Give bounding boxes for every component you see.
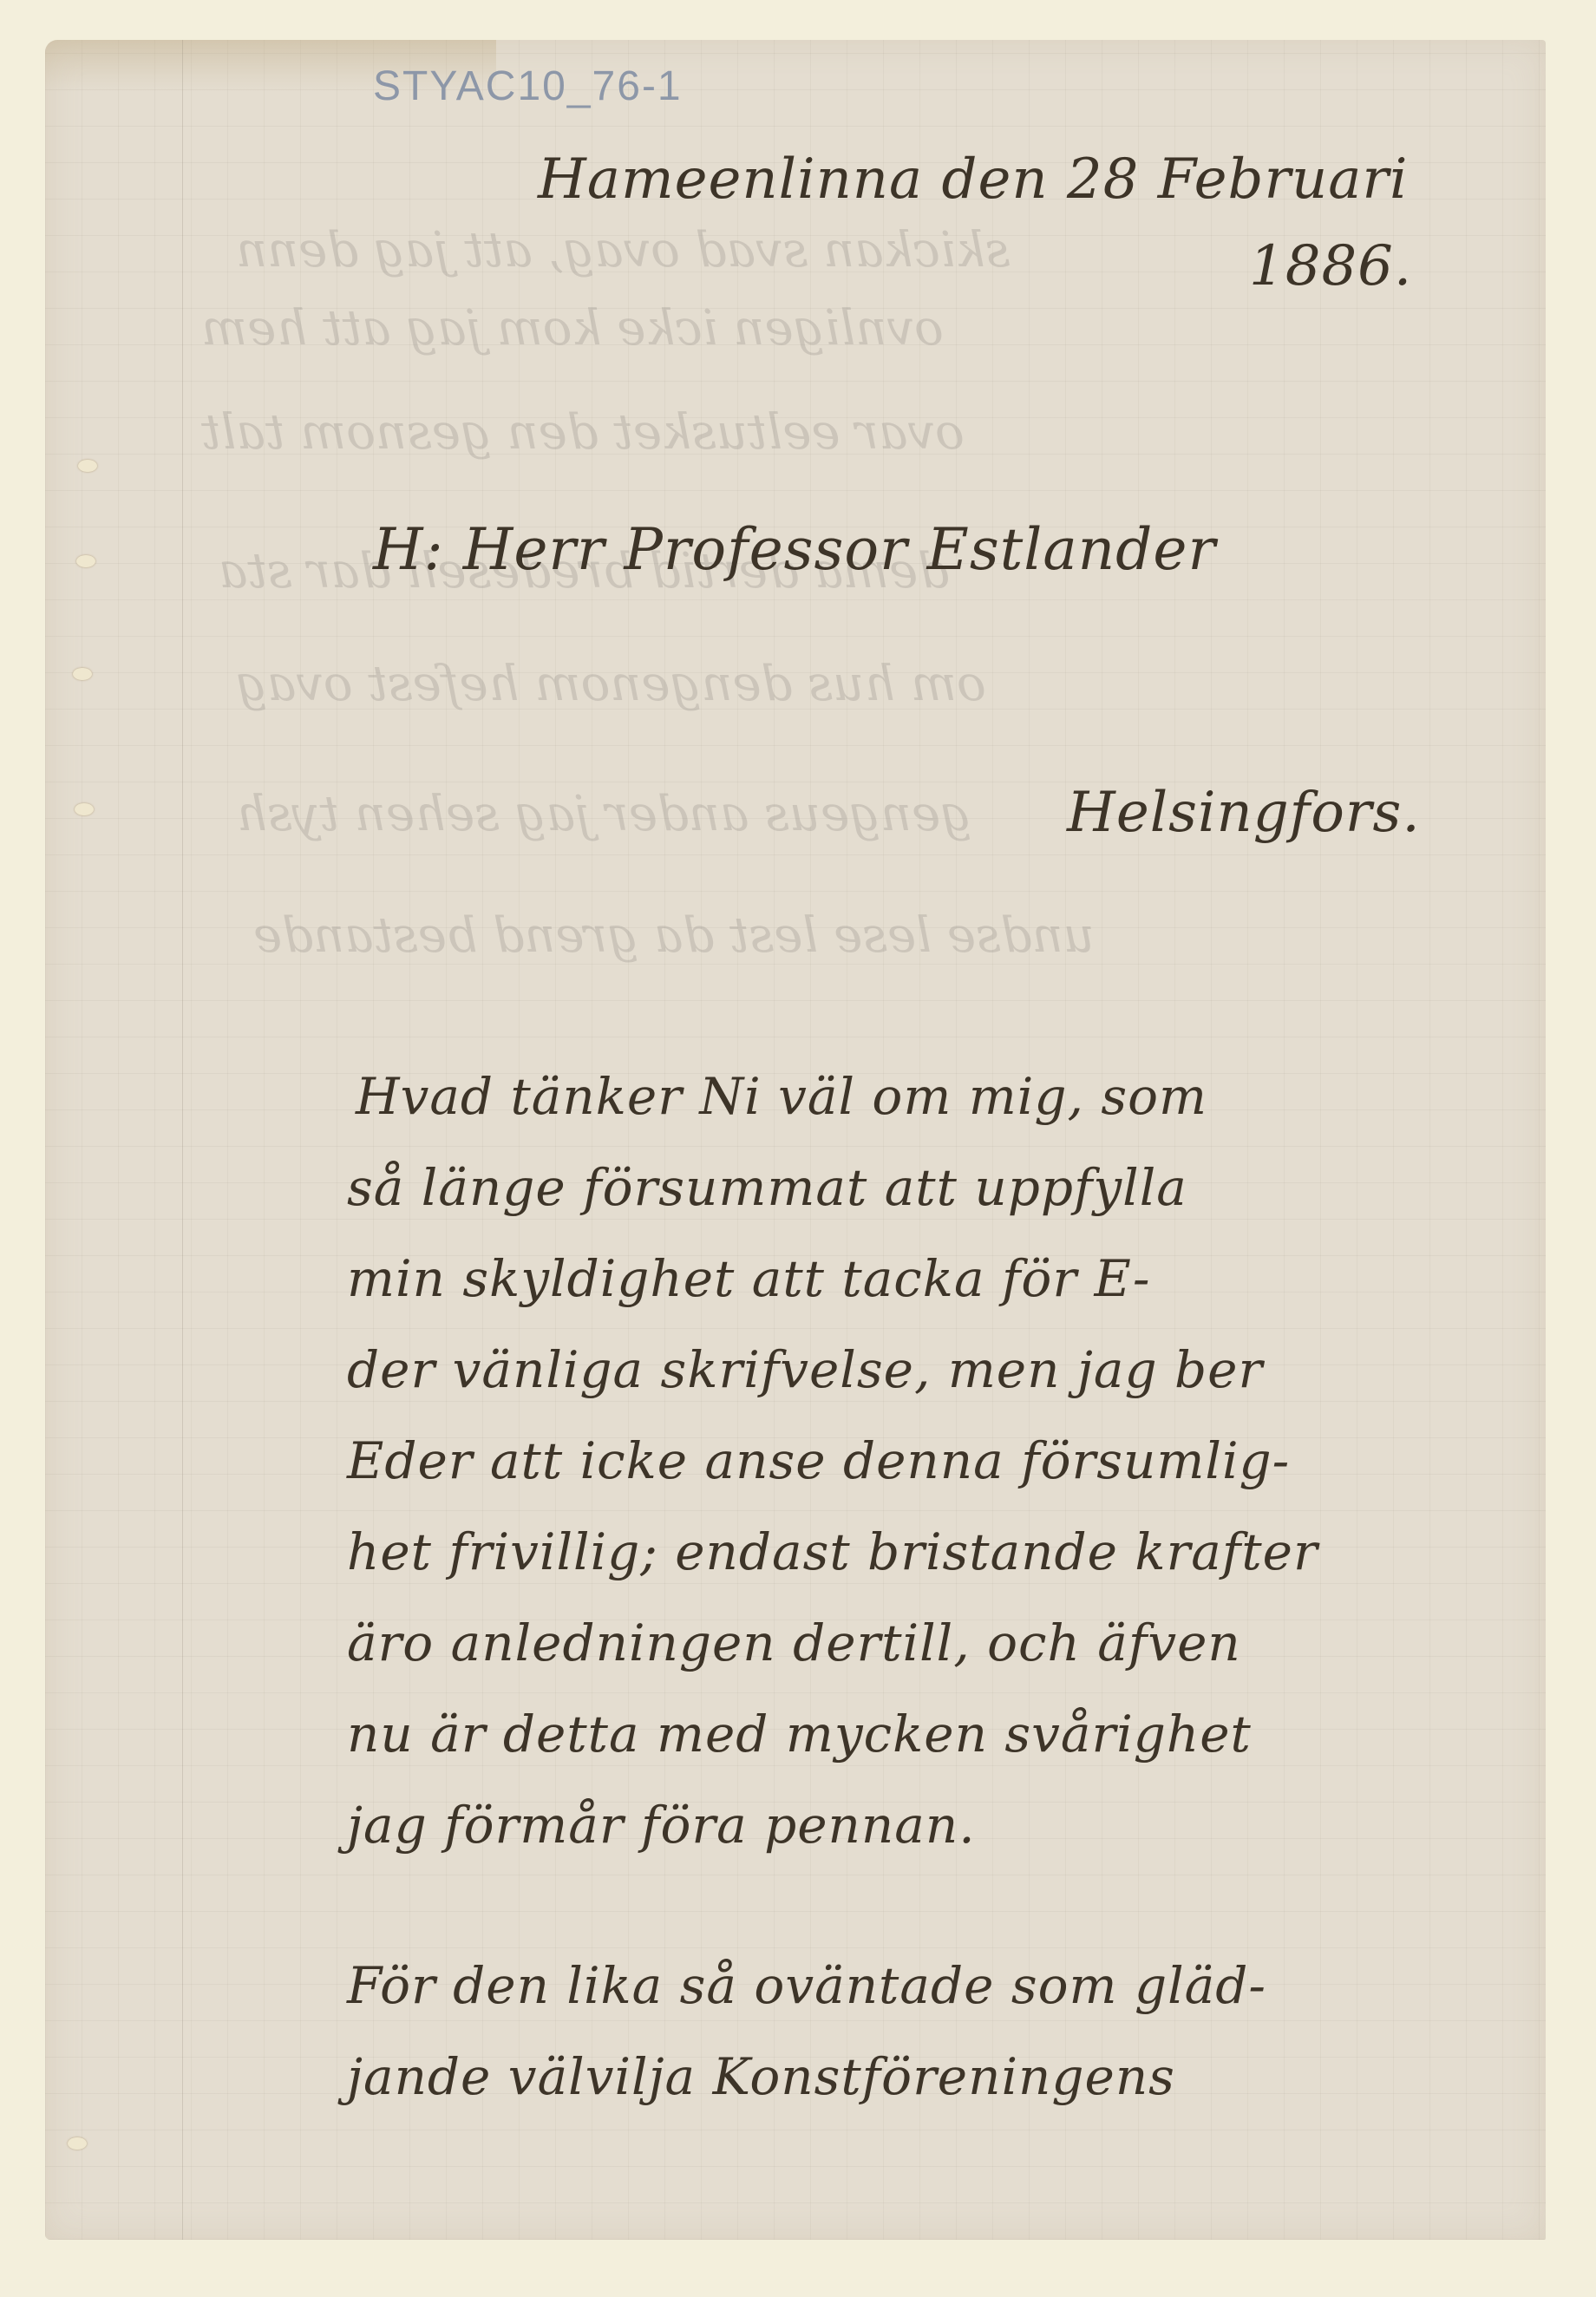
body-line: Eder att icke anse denna försumlig- xyxy=(347,1431,1290,1490)
salutation: H: Herr Professor Estlander xyxy=(373,516,1216,583)
body-line: äro anledningen dertill, och äfven xyxy=(347,1613,1241,1672)
body-line: Hvad tänker Ni väl om mig, som xyxy=(356,1067,1207,1126)
body-line: så länge försummat att uppfylla xyxy=(347,1158,1187,1217)
show-through-text: om hus dengenom hefest ovag xyxy=(236,656,986,712)
destination: Helsingfors. xyxy=(1067,781,1421,845)
show-through-text: ovar eeltusket den gesnom talt xyxy=(201,404,965,461)
paper-fold-line xyxy=(182,40,183,2240)
place-date: Hameenlinna den 28 Februari xyxy=(538,147,1408,212)
body-line: jande välvilja Konstföreningens xyxy=(347,2047,1175,2106)
punch-hole xyxy=(68,2137,87,2150)
punch-hole xyxy=(78,460,97,472)
body-line: För den lika så oväntade som gläd- xyxy=(347,1956,1266,2015)
body-line: der vänliga skrifvelse, men jag ber xyxy=(347,1340,1263,1399)
show-through-text: gengeus ander jag sehen tysh xyxy=(236,786,971,842)
show-through-text: undse lese lest da grend bestande xyxy=(253,907,1095,964)
archive-id: STYAC10_76-1 xyxy=(373,62,683,110)
body-line: nu är detta med mycken svårighet xyxy=(347,1705,1252,1764)
letter-paper: skickan svad ovag, att jag denn ovnligen… xyxy=(45,40,1546,2240)
punch-hole xyxy=(73,668,92,680)
show-through-text: skickan svad ovag, att jag denn xyxy=(236,222,1010,278)
body-line: het frivillig; endast bristande krafter xyxy=(347,1522,1318,1581)
show-through-text: ovnligen icke kom jag att hem xyxy=(201,300,944,357)
body-line: jag förmår föra pennan. xyxy=(347,1796,976,1855)
punch-hole xyxy=(75,803,94,815)
year: 1886. xyxy=(1249,234,1412,298)
punch-hole xyxy=(76,555,95,567)
body-line: min skyldighet att tacka för E- xyxy=(347,1249,1151,1308)
